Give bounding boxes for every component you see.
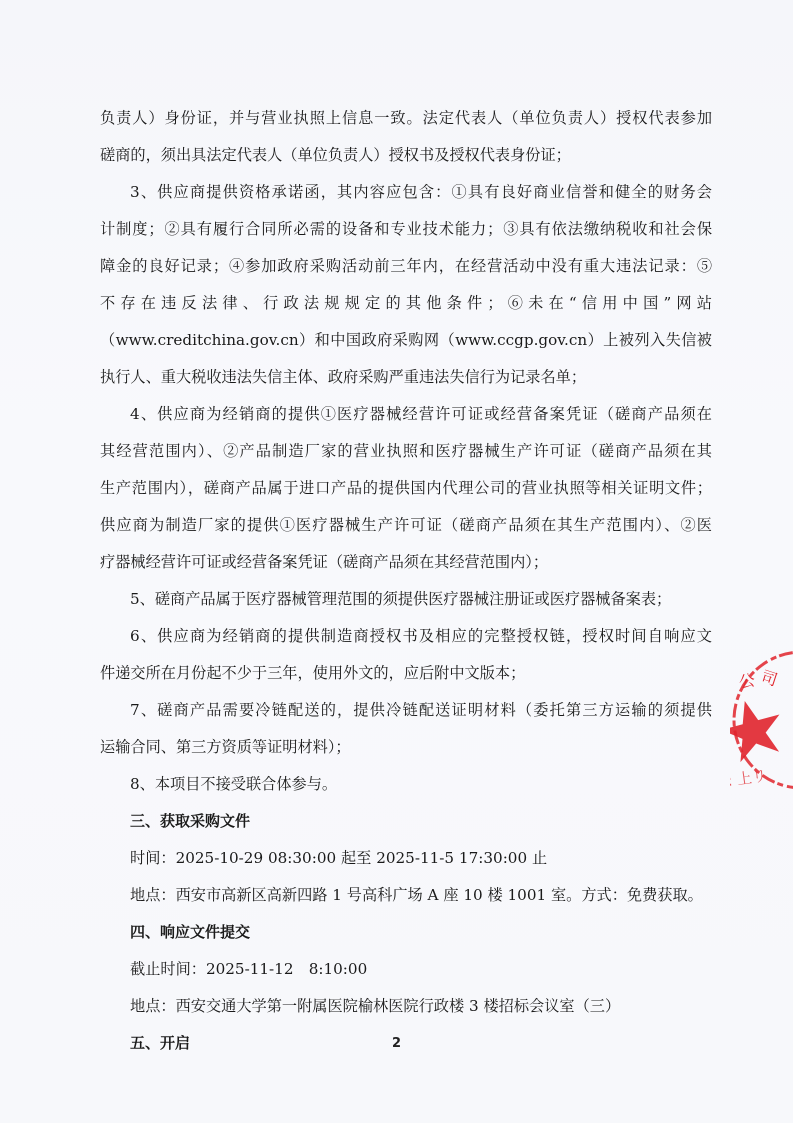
clause-7: 7、磋商产品需要冷链配送的，提供冷链配送证明材料（委托第三方运输的须提供 [100,692,712,729]
text-line: 障金的良好记录；④参加政府采购活动前三年内，在经营活动中没有重大违法记录：⑤ [100,248,712,285]
section-3-location: 地点：西安市高新区高新四路 1 号高科广场 A 座 10 楼 1001 室。方式… [100,877,712,914]
seal-star-icon: 公 司 : 上リ [730,648,793,798]
document-body: 负责人）身份证，并与营业执照上信息一致。法定代表人（单位负责人）授权代表参加 磋… [100,100,712,1062]
company-seal-stamp: 公 司 : 上リ [730,648,793,798]
text-line: 负责人）身份证，并与营业执照上信息一致。法定代表人（单位负责人）授权代表参加 [100,100,712,137]
svg-text:: 上リ: : 上リ [730,767,768,790]
document-page: 负责人）身份证，并与营业执照上信息一致。法定代表人（单位负责人）授权代表参加 磋… [0,0,793,1123]
clause-6: 6、供应商为经销商的提供制造商授权书及相应的完整授权链，授权时间自响应文 [100,618,712,655]
svg-text:司: 司 [759,667,780,690]
svg-text:公: 公 [737,670,756,691]
section-4-deadline: 截止时间：2025-11-12 8:10:00 [100,951,712,988]
clause-8: 8、本项目不接受联合体参与。 [100,766,712,803]
clause-3: 3、供应商提供资格承诺函，其内容应包含：①具有良好商业信誉和健全的财务会 [100,174,712,211]
text-line: 生产范围内），磋商产品属于进口产品的提供国内代理公司的营业执照等相关证明文件； [100,470,712,507]
text-line: 件递交所在月份起不少于三年，使用外文的，应后附中文版本； [100,655,712,692]
text-line: 不存在违反法律、行政法规规定的其他条件；⑥未在“信用中国”网站 [100,285,712,322]
text-line: 其经营范围内）、②产品制造厂家的营业执照和医疗器械生产许可证（磋商产品须在其 [100,433,712,470]
text-line: 疗器械经营许可证或经营备案凭证（磋商产品须在其经营范围内）； [100,544,712,581]
section-3-time: 时间：2025-10-29 08:30:00 起至 2025-11-5 17:3… [100,840,712,877]
text-line: 供应商为制造厂家的提供①医疗器械生产许可证（磋商产品须在其生产范围内）、②医 [100,507,712,544]
section-4-location: 地点：西安交通大学第一附属医院榆林医院行政楼 3 楼招标会议室（三） [100,988,712,1025]
text-line: 磋商的，须出具法定代表人（单位负责人）授权书及授权代表身份证； [100,137,712,174]
section-4-heading: 四、响应文件提交 [100,914,712,951]
page-number: 2 [0,1036,793,1051]
text-line: （www.creditchina.gov.cn）和中国政府采购网（www.ccg… [100,322,712,359]
text-line: 运输合同、第三方资质等证明材料）； [100,729,712,766]
text-line: 计制度；②具有履行合同所必需的设备和专业技术能力；③具有依法缴纳税收和社会保 [100,211,712,248]
text-line: 执行人、重大税收违法失信主体、政府采购严重违法失信行为记录名单； [100,359,712,396]
clause-4: 4、供应商为经销商的提供①医疗器械经营许可证或经营备案凭证（磋商产品须在 [100,396,712,433]
clause-5: 5、磋商产品属于医疗器械管理范围的须提供医疗器械注册证或医疗器械备案表； [100,581,712,618]
section-3-heading: 三、获取采购文件 [100,803,712,840]
